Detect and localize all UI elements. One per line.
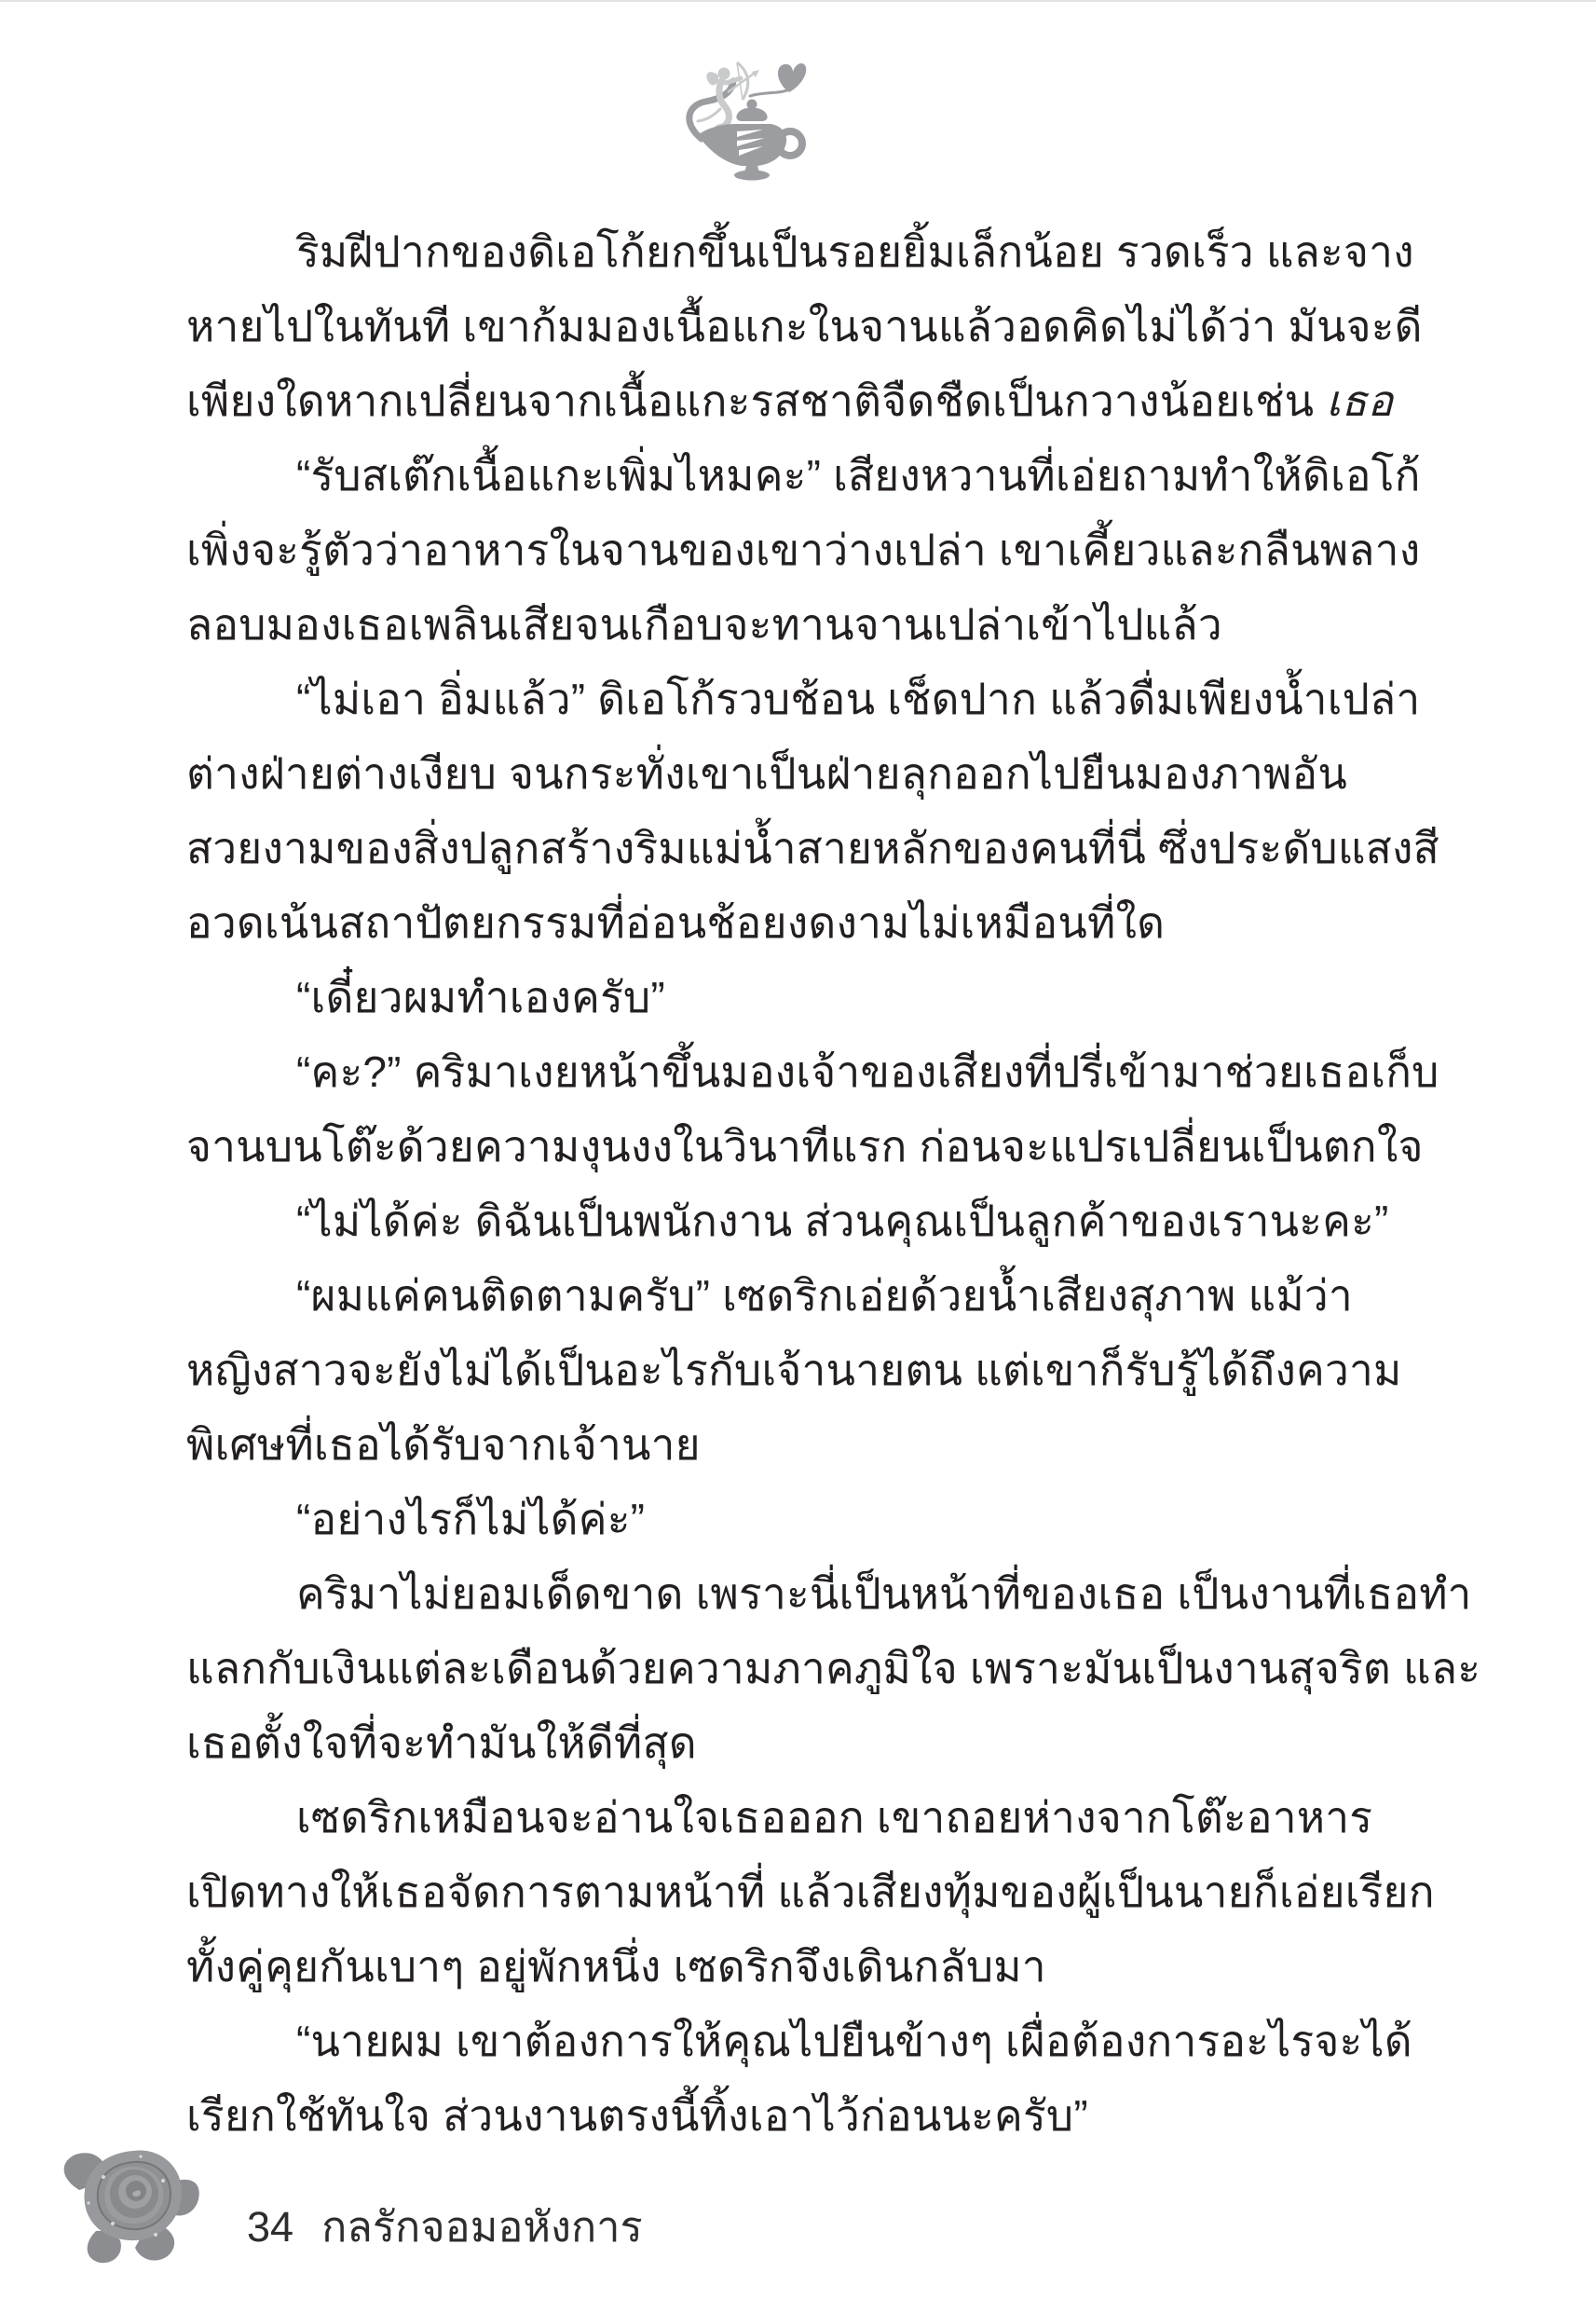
text-line-content: แลกกับเงินแต่ละเดือนด้วยความภาคภูมิใจ เพ…	[186, 1644, 1480, 1692]
text-line-content: อวดเน้นสถาปัตยกรรมที่อ่อนช้อยงดงามไม่เหม…	[186, 898, 1165, 947]
text-line-content: ลอบมองเธอเพลินเสียจนเกือบจะทานจานเปล่าเข…	[186, 600, 1222, 649]
text-line: คริมาไม่ยอมเด็ดขาด เพราะนี่เป็นหน้าที่ขอ…	[186, 1556, 1330, 1631]
text-line: หายไปในทันที เขาก้มมองเนื้อแกะในจานแล้วอ…	[186, 289, 1330, 363]
text-line: เซดริกเหมือนจะอ่านใจเธอออก เขาถอยห่างจาก…	[186, 1780, 1330, 1855]
text-line-content: หายไปในทันที เขาก้มมองเนื้อแกะในจานแล้วอ…	[186, 302, 1423, 350]
text-line-content: “ไม่เอา อิ่มแล้ว” ดิเอโก้รวบช้อน เช็ดปาก…	[296, 675, 1420, 723]
genie-lamp-icon	[698, 100, 802, 181]
text-line: ริมฝีปากของดิเอโก้ยกขึ้นเป็นรอยยิ้มเล็กน…	[186, 214, 1330, 289]
text-line: เธอตั้งใจที่จะทำมันให้ดีที่สุด	[186, 1705, 1330, 1780]
text-line-content: หญิงสาวจะยังไม่ได้เป็นอะไรกับเจ้านายตน แ…	[186, 1346, 1402, 1394]
text-line: แลกกับเงินแต่ละเดือนด้วยความภาคภูมิใจ เพ…	[186, 1631, 1330, 1705]
body-text: ริมฝีปากของดิเอโก้ยกขึ้นเป็นรอยยิ้มเล็กน…	[186, 214, 1330, 2153]
text-line: เพิ่งจะรู้ตัวว่าอาหารในจานของเขาว่างเปล่…	[186, 513, 1330, 587]
text-line-content: สวยงามของสิ่งปลูกสร้างริมแม่น้ำสายหลักขอ…	[186, 824, 1439, 872]
text-line-emphasis: เธอ	[1326, 376, 1393, 425]
text-line-content: “รับสเต๊กเนื้อแกะเพิ่มไหมคะ” เสียงหวานที…	[296, 451, 1421, 500]
text-line: เพียงใดหากเปลี่ยนจากเนื้อแกะรสชาติจืดชืด…	[186, 363, 1330, 438]
text-line-content: เซดริกเหมือนจะอ่านใจเธอออก เขาถอยห่างจาก…	[296, 1793, 1372, 1841]
text-line-content: เปิดทางให้เธอจัดการตามหน้าที่ แล้วเสียงท…	[186, 1868, 1435, 1916]
text-line: ต่างฝ่ายต่างเงียบ จนกระทั่งเขาเป็นฝ่ายลุ…	[186, 736, 1330, 811]
text-line: “คะ?” คริมาเงยหน้าขึ้นมองเจ้าของเสียงที่…	[186, 1034, 1330, 1109]
footer-text: 34 กลรักจอมอหังการ	[247, 2203, 643, 2251]
text-line: “ไม่เอา อิ่มแล้ว” ดิเอโก้รวบช้อน เช็ดปาก…	[186, 662, 1330, 736]
text-line-content: “นายผม เขาต้องการให้คุณไปยืนข้างๆ เผื่อต…	[296, 2017, 1412, 2065]
text-line-content: จานบนโต๊ะด้วยความงุนงงในวินาทีแรก ก่อนจะ…	[186, 1122, 1424, 1170]
text-line-content: ริมฝีปากของดิเอโก้ยกขึ้นเป็นรอยยิ้มเล็กน…	[296, 227, 1414, 276]
text-line: “รับสเต๊กเนื้อแกะเพิ่มไหมคะ” เสียงหวานที…	[186, 438, 1330, 513]
text-line-content: ต่างฝ่ายต่างเงียบ จนกระทั่งเขาเป็นฝ่ายลุ…	[186, 749, 1347, 798]
heart-icon	[778, 63, 806, 92]
rose-inner-petals	[110, 2169, 158, 2218]
text-line: “อย่างไรก็ไม่ได้ค่ะ”	[186, 1482, 1330, 1556]
text-line: “ผมแค่คนติดตามครับ” เซดริกเอ่ยด้วยน้ำเสี…	[186, 1258, 1330, 1333]
page-footer: 34 กลรักจอมอหังการ	[0, 2127, 1596, 2294]
text-line-content: “ไม่ได้ค่ะ ดิฉันเป็นพนักงาน ส่วนคุณเป็นล…	[296, 1197, 1389, 1245]
page-number: 34	[247, 2203, 293, 2251]
text-line: พิเศษที่เธอได้รับจากเจ้านาย	[186, 1407, 1330, 1482]
text-line-content: คริมาไม่ยอมเด็ดขาด เพราะนี่เป็นหน้าที่ขอ…	[296, 1569, 1472, 1618]
text-line: หญิงสาวจะยังไม่ได้เป็นอะไรกับเจ้านายตน แ…	[186, 1333, 1330, 1407]
text-line: ลอบมองเธอเพลินเสียจนเกือบจะทานจานเปล่าเข…	[186, 587, 1330, 662]
text-line-content: เพิ่งจะรู้ตัวว่าอาหารในจานของเขาว่างเปล่…	[186, 526, 1420, 574]
text-line: จานบนโต๊ะด้วยความงุนงงในวินาทีแรก ก่อนจะ…	[186, 1109, 1330, 1184]
text-line-content: “ผมแค่คนติดตามครับ” เซดริกเอ่ยด้วยน้ำเสี…	[296, 1271, 1353, 1320]
text-line-content: พิเศษที่เธอได้รับจากเจ้านาย	[186, 1420, 701, 1469]
text-line-content: เธอตั้งใจที่จะทำมันให้ดีที่สุด	[186, 1718, 697, 1767]
text-line: อวดเน้นสถาปัตยกรรมที่อ่อนช้อยงดงามไม่เหม…	[186, 885, 1330, 960]
text-line-content: “อย่างไรก็ไม่ได้ค่ะ”	[296, 1495, 645, 1543]
text-line: “ไม่ได้ค่ะ ดิฉันเป็นพนักงาน ส่วนคุณเป็นล…	[186, 1184, 1330, 1258]
text-line-content: เพียงใดหากเปลี่ยนจากเนื้อแกะรสชาติจืดชืด…	[186, 376, 1326, 425]
rose-image	[51, 2134, 224, 2279]
cupid-genie-lamp-ornament	[685, 53, 815, 184]
ornament-svg	[685, 53, 815, 184]
text-line: เปิดทางให้เธอจัดการตามหน้าที่ แล้วเสียงท…	[186, 1855, 1330, 1929]
rose-svg	[51, 2134, 224, 2279]
text-line: สวยงามของสิ่งปลูกสร้างริมแม่น้ำสายหลักขอ…	[186, 811, 1330, 885]
book-title: กลรักจอมอหังการ	[321, 2203, 643, 2251]
text-line: “เดี๋ยวผมทำเองครับ”	[186, 960, 1330, 1034]
text-line-content: “คะ?” คริมาเงยหน้าขึ้นมองเจ้าของเสียงที่…	[296, 1047, 1439, 1096]
book-page: ริมฝีปากของดิเอโก้ยกขึ้นเป็นรอยยิ้มเล็กน…	[0, 0, 1596, 2313]
text-line-content: “เดี๋ยวผมทำเองครับ”	[296, 973, 665, 1021]
text-line: “นายผม เขาต้องการให้คุณไปยืนข้างๆ เผื่อต…	[186, 2004, 1330, 2078]
text-line: ทั้งคู่คุยกันเบาๆ อยู่พักหนึ่ง เซดริกจึง…	[186, 1929, 1330, 2004]
text-line-content: ทั้งคู่คุยกันเบาๆ อยู่พักหนึ่ง เซดริกจึง…	[186, 1942, 1046, 1991]
